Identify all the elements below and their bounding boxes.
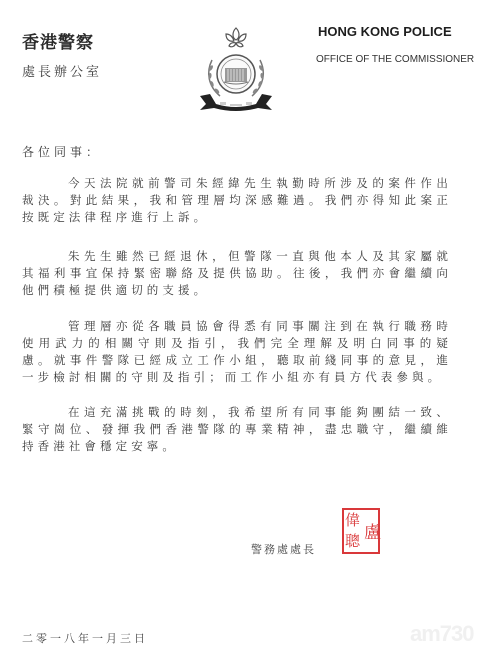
signature-title: 警務處處長	[251, 541, 316, 557]
header-english-title: HONG KONG POLICE	[318, 24, 452, 39]
letter-salutation: 各位同事：	[22, 143, 102, 160]
letter-date: 二零一八年一月三日	[22, 630, 148, 646]
letter-paragraph-3: 管理層亦從各職員協會得悉有同事關注到在執行職務時使用武力的相關守則及指引，我們完…	[22, 318, 452, 386]
seal-char-1: 偉	[344, 510, 361, 531]
police-crest-icon	[196, 24, 276, 112]
seal-stamp-icon: 偉 盧 聰	[342, 508, 380, 554]
letter-paragraph-2: 朱先生雖然已經退休，但警隊一直與他本人及其家屬就其福利事宜保持緊密聯絡及提供協助…	[22, 248, 452, 299]
header-chinese-subtitle: 處長辦公室	[22, 61, 102, 80]
letter-paragraph-1: 今天法院就前警司朱經緯先生執勤時所涉及的案件作出裁決。對此結果，我和管理層均深感…	[22, 175, 452, 226]
header-chinese-title: 香港警察	[22, 28, 94, 53]
header-english-subtitle: OFFICE OF THE COMMISSIONER	[316, 54, 474, 65]
seal-char-2: 聰	[344, 531, 361, 552]
watermark-logo: am730	[410, 621, 474, 647]
letter-paragraph-4: 在這充滿挑戰的時刻，我希望所有同事能夠團結一致、緊守崗位、發揮我們香港警隊的專業…	[22, 404, 452, 455]
seal-char-3: 盧	[361, 510, 378, 552]
